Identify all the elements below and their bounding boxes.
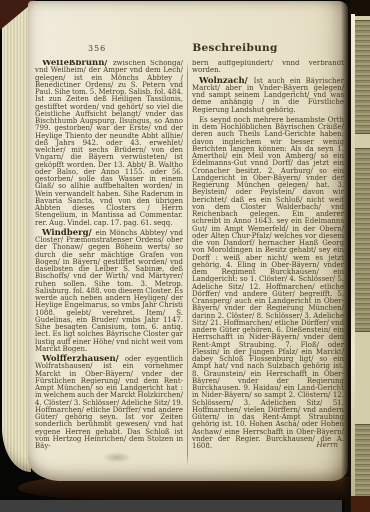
paragraph-wolnzach: Wolnzach/ Ist auch ein Bäyrischer Marckt… — [192, 78, 344, 114]
text-column-right: bern auffgeplündert/ vnnd verbrandt word… — [192, 60, 344, 466]
paragraph-wolfferzhausen: Wolfferzhausen/ oder eygentlich Wolfrats… — [35, 356, 183, 450]
paragraph-continuation: bern auffgeplündert/ vnnd verbrandt word… — [192, 60, 344, 75]
paragraph-wessenbrunn: Weſſeßbrunn/ zwischen Schonga/ vnd Weilh… — [35, 60, 183, 227]
page-fore-edge — [2, 5, 31, 472]
paragraph-body: bern auffgeplündert/ vnnd verbrandt word… — [192, 60, 344, 74]
facing-page-sliver — [351, 0, 370, 512]
book-photo: 356 Beschreibung Weſſeßbrunn/ zwischen S… — [0, 0, 370, 512]
paragraph-other-places: Es seynd noch mehrere benambste Orth in … — [192, 117, 344, 451]
paragraph-body: ein Mönchs Abbtey/ vnd Closter/ Præmonst… — [35, 229, 183, 353]
catchword: Herrn — [317, 441, 338, 449]
engraving-panel-bottom — [355, 424, 370, 498]
paragraph-body: zwischen Schonga/ vnd Weilheim/ der Ampe… — [35, 60, 183, 227]
engraving-panel-middle — [355, 148, 370, 332]
column-rule — [187, 61, 188, 466]
paragraph-body: oder eygentlich Wolfratshausen/ ist ein … — [35, 355, 183, 450]
engraving-panel-top — [355, 20, 370, 134]
ink-smudge — [102, 452, 132, 463]
paragraph-body: Es seynd noch mehrere benambste Orth in … — [192, 116, 344, 450]
running-title: Beschreibung — [75, 42, 370, 54]
page-header: 356 Beschreibung — [28, 42, 348, 57]
text-column-left: Weſſeßbrunn/ zwischen Schonga/ vnd Weilh… — [35, 60, 183, 466]
text-columns: Weſſeßbrunn/ zwischen Schonga/ vnd Weilh… — [35, 60, 344, 466]
surface-strip — [0, 500, 342, 512]
paragraph-windberg: Windberg/ ein Mönchs Abbtey/ vnd Closter… — [35, 230, 183, 353]
book-page: 356 Beschreibung Weſſeßbrunn/ zwischen S… — [28, 1, 348, 481]
